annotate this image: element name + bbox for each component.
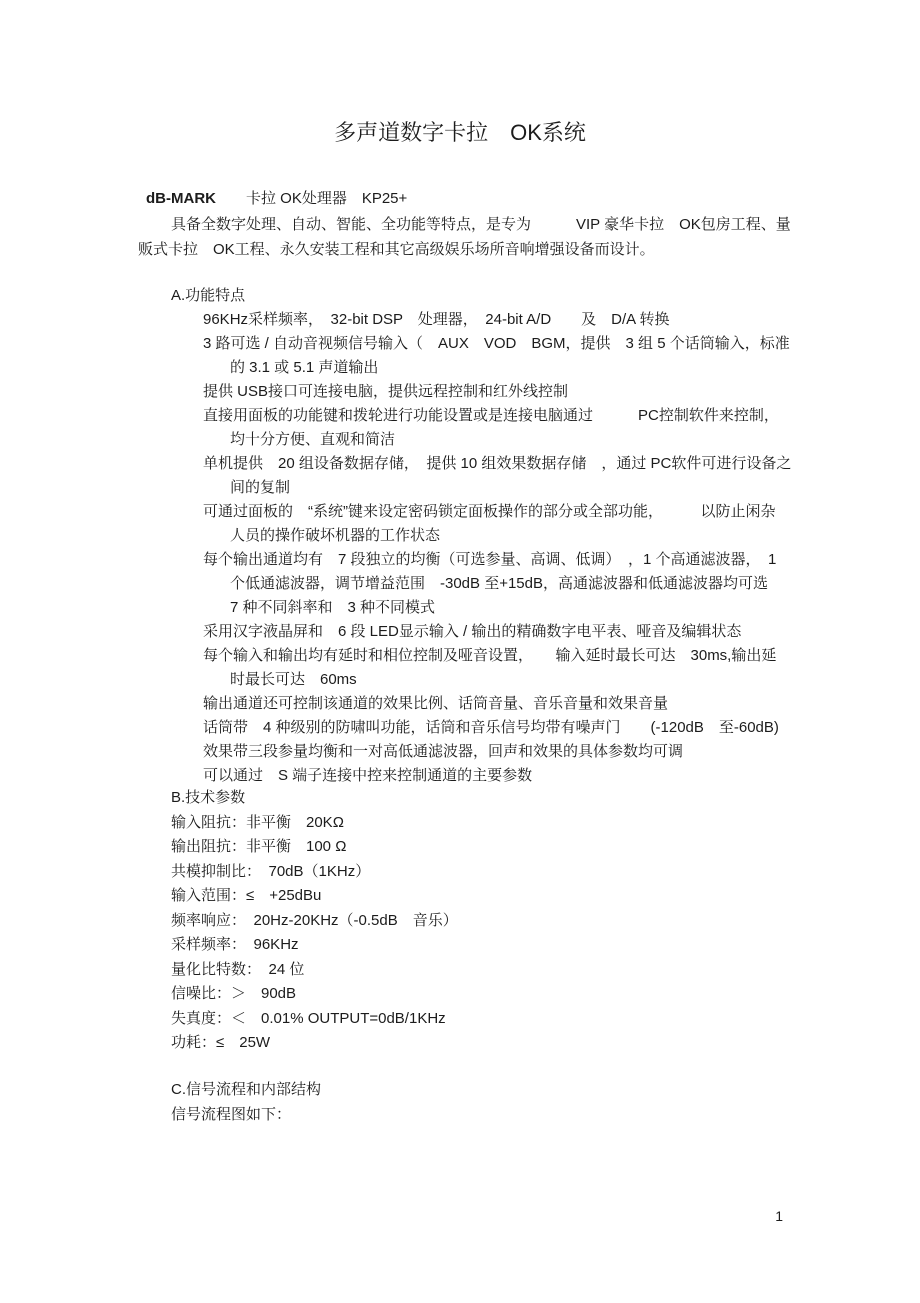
page-number: 1 bbox=[138, 1208, 783, 1224]
signal-flow-caption: 信号流程图如下： bbox=[171, 1103, 838, 1128]
feature-line: 直接用面板的功能键和拨轮进行功能设置或是连接电脑通过 PC控制软件来控制， bbox=[203, 404, 838, 428]
spec-line: 信噪比：＞ 90dB bbox=[171, 982, 838, 1007]
feature-line: 话筒带 4 种级别的防啸叫功能，话筒和音乐信号均带有噪声门 (-120dB 至-… bbox=[203, 716, 838, 740]
spec-line: 失真度：＜ 0.01% OUTPUT=0dB/1KHz bbox=[171, 1007, 838, 1032]
intro-paragraph-line: 具备全数字处理、自动、智能、全功能等特点，是专为 VIP 豪华卡拉 OK包房工程… bbox=[171, 212, 838, 238]
spec-line: 输入范围：≤ +25dBu bbox=[171, 884, 838, 909]
intro-section: dB-MARK 卡拉 OK处理器 KP25+ 具备全数字处理、自动、智能、全功能… bbox=[138, 186, 838, 263]
features-section: A.功能特点 96KHz采样频率， 32-bit DSP 处理器， 24-bit… bbox=[138, 284, 838, 788]
feature-line: 96KHz采样频率， 32-bit DSP 处理器， 24-bit A/D 及 … bbox=[203, 308, 838, 332]
feature-line: 可以通过 S 端子连接中控来控制通道的主要参数 bbox=[203, 764, 838, 788]
spec-line: 量化比特数： 24 位 bbox=[171, 958, 838, 983]
feature-line: 人员的操作破坏机器的工作状态 bbox=[230, 524, 838, 548]
intro-paragraph-line: 贩式卡拉 OK工程、永久安装工程和其它高级娱乐场所音响增强设备而设计。 bbox=[138, 237, 838, 263]
brand-name: dB-MARK bbox=[146, 190, 216, 207]
spec-line: 频率响应： 20Hz-20KHz（-0.5dB 音乐） bbox=[171, 909, 838, 934]
feature-line: 采用汉字液晶屏和 6 段 LED显示输入 / 输出的精确数字电平表、哑音及编辑状… bbox=[203, 620, 838, 644]
feature-line: 间的复制 bbox=[230, 476, 838, 500]
product-model: 卡拉 OK处理器 KP25+ bbox=[216, 190, 407, 207]
spec-line: 输入阻抗：非平衡 20KΩ bbox=[171, 811, 838, 836]
feature-line: 效果带三段参量均衡和一对高低通滤波器，回声和效果的具体参数均可调 bbox=[203, 740, 838, 764]
feature-line: 3 路可选 / 自动音视频信号输入（ AUX VOD BGM，提供 3 组 5 … bbox=[203, 332, 838, 356]
feature-line: 可通过面板的 “系统”键来设定密码锁定面板操作的部分或全部功能， 以防止闲杂 bbox=[203, 500, 838, 524]
spec-line: 共模抑制比： 70dB（1KHz） bbox=[171, 860, 838, 885]
product-heading: dB-MARK 卡拉 OK处理器 KP25+ bbox=[146, 186, 838, 212]
document-page: 多声道数字卡拉 OK系统 dB-MARK 卡拉 OK处理器 KP25+ 具备全数… bbox=[0, 0, 920, 1303]
feature-line: 7 种不同斜率和 3 种不同模式 bbox=[230, 596, 838, 620]
feature-line: 每个输出通道均有 7 段独立的均衡（可选参量、高调、低调） ，1 个高通滤波器，… bbox=[203, 548, 838, 572]
section-c-heading: C.信号流程和内部结构 bbox=[171, 1078, 838, 1103]
feature-line: 提供 USB接口可连接电脑，提供远程控制和红外线控制 bbox=[203, 380, 838, 404]
page-title: 多声道数字卡拉 OK系统 bbox=[0, 116, 920, 147]
feature-line: 每个输入和输出均有延时和相位控制及哑音设置， 输入延时最长可达 30ms,输出延 bbox=[203, 644, 838, 668]
feature-line: 的 3.1 或 5.1 声道输出 bbox=[230, 356, 838, 380]
feature-line: 个低通滤波器，调节增益范围 -30dB 至+15dB，高通滤波器和低通滤波器均可… bbox=[230, 572, 838, 596]
section-a-heading: A.功能特点 bbox=[171, 284, 838, 308]
spec-line: 输出阻抗：非平衡 100 Ω bbox=[171, 835, 838, 860]
signal-flow-section: C.信号流程和内部结构 信号流程图如下： bbox=[138, 1078, 838, 1127]
specs-section: B.技术参数 输入阻抗：非平衡 20KΩ 输出阻抗：非平衡 100 Ω 共模抑制… bbox=[138, 786, 838, 1056]
spec-line: 采样频率： 96KHz bbox=[171, 933, 838, 958]
spec-line: 功耗：≤ 25W bbox=[171, 1031, 838, 1056]
feature-line: 均十分方便、直观和简洁 bbox=[230, 428, 838, 452]
section-b-heading: B.技术参数 bbox=[171, 786, 838, 811]
feature-line: 输出通道还可控制该通道的效果比例、话筒音量、音乐音量和效果音量 bbox=[203, 692, 838, 716]
feature-line: 时最长可达 60ms bbox=[230, 668, 838, 692]
feature-line: 单机提供 20 组设备数据存储， 提供 10 组效果数据存储 ，通过 PC软件可… bbox=[203, 452, 838, 476]
